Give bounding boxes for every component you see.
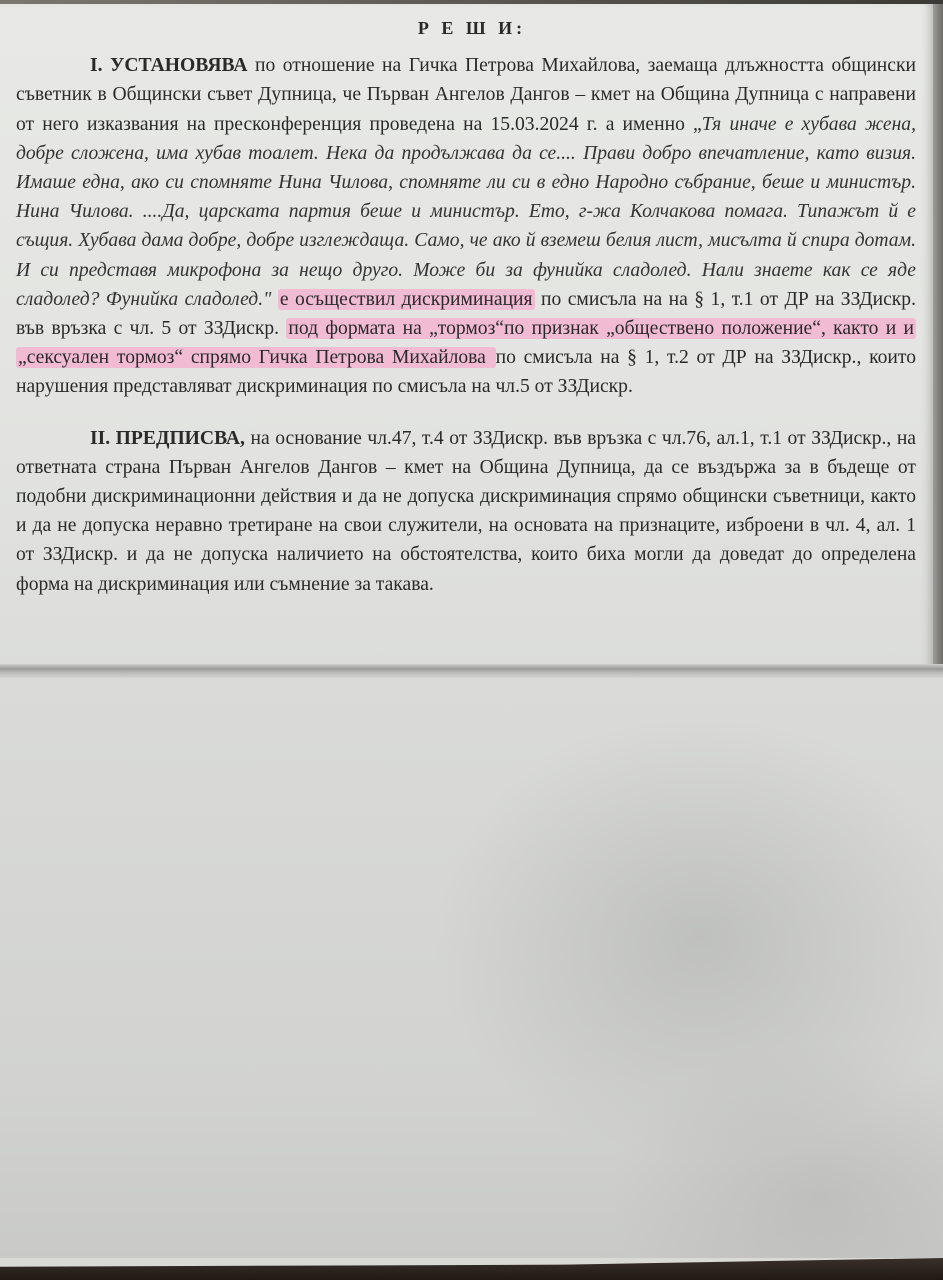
- document-body: Р Е Ш И: I. УСТАНОВЯВА по отношение на Г…: [16, 14, 916, 599]
- section-1-label: I. УСТАНОВЯВА: [90, 55, 247, 76]
- page-right-edge: [933, 4, 943, 668]
- quoted-statement: Тя иначе е хубава жена, добре сложена, и…: [16, 114, 916, 310]
- decision-heading: Р Е Ш И:: [28, 14, 916, 43]
- highlight-discrimination: е осъществил дискриминация: [278, 289, 535, 310]
- section-prescribes: II. ПРЕДПИСВА, на основание чл.47, т.4 о…: [16, 424, 916, 599]
- section-2-label: II. ПРЕДПИСВА,: [90, 428, 245, 449]
- blank-sheet: [0, 678, 943, 1258]
- section-establishes: I. УСТАНОВЯВА по отношение на Гичка Петр…: [16, 51, 916, 401]
- table-surface: [0, 1258, 943, 1280]
- section-2-text: на основание чл.47, т.4 от ЗЗДискр. във …: [16, 428, 916, 595]
- page-fold: [0, 664, 943, 678]
